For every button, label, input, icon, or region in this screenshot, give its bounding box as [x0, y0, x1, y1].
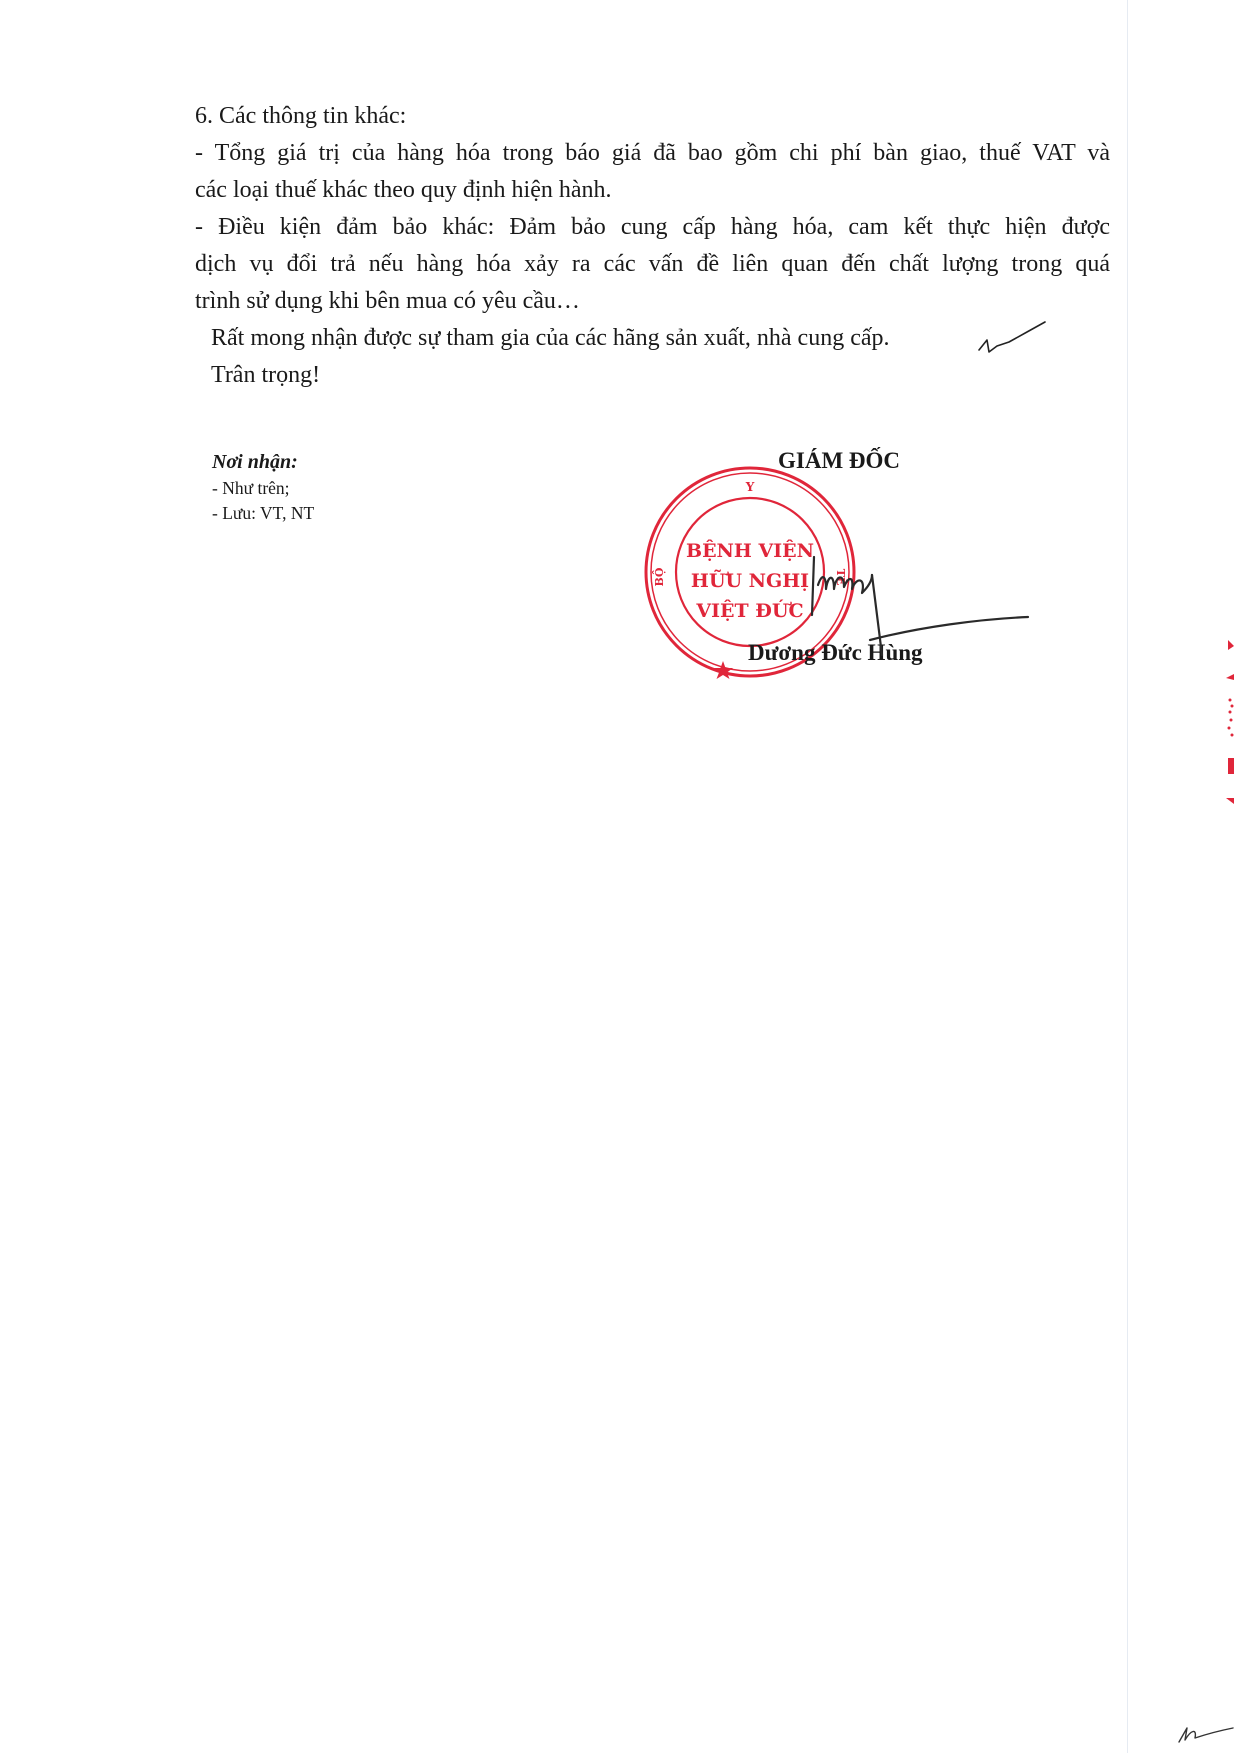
stamp-outer-text-top: Y	[745, 480, 755, 494]
recipient-item: - Như trên;	[212, 476, 314, 501]
signer-title: GIÁM ĐỐC	[778, 446, 900, 476]
paragraph-2-line-3: trình sử dụng khi bên mua có yêu cầu…	[195, 283, 1110, 320]
recipients-block: Nơi nhận: - Như trên; - Lưu: VT, NT	[212, 448, 314, 526]
handwritten-check-icon	[975, 320, 1047, 360]
document-body: 6. Các thông tin khác: - Tổng giá trị củ…	[195, 98, 1110, 394]
section-title: 6. Các thông tin khác:	[195, 98, 1110, 135]
adjacent-page-stamp-fragment	[1222, 640, 1236, 820]
handwritten-signature-icon	[800, 555, 1040, 675]
paragraph-1-line-1: - Tổng giá trị của hàng hóa trong báo gi…	[195, 135, 1110, 172]
paragraph-2-line-2: dịch vụ đổi trả nếu hàng hóa xảy ra các …	[195, 246, 1110, 283]
paragraph-2-line-1: - Điều kiện đảm bảo khác: Đảm bảo cung c…	[195, 209, 1110, 246]
handwritten-initial-icon	[1175, 1718, 1235, 1748]
stamp-inner-line-1: BỆNH VIỆN	[686, 539, 814, 562]
stamp-inner-line-3: VIỆT ĐỨC	[695, 599, 803, 622]
regards-line: Trân trọng!	[195, 357, 1110, 394]
stamp-inner-line-2: HỮU NGHỊ	[691, 569, 809, 592]
closing-line: Rất mong nhận được sự tham gia của các h…	[195, 320, 1110, 357]
stamp-outer-text-left: BỘ	[651, 567, 666, 586]
recipients-heading: Nơi nhận:	[212, 448, 314, 476]
stamp-star-icon	[713, 661, 733, 679]
paragraph-1-line-2: các loại thuế khác theo quy định hiện hà…	[195, 172, 1110, 209]
scan-page-edge	[1127, 0, 1128, 1753]
recipient-item: - Lưu: VT, NT	[212, 501, 314, 526]
